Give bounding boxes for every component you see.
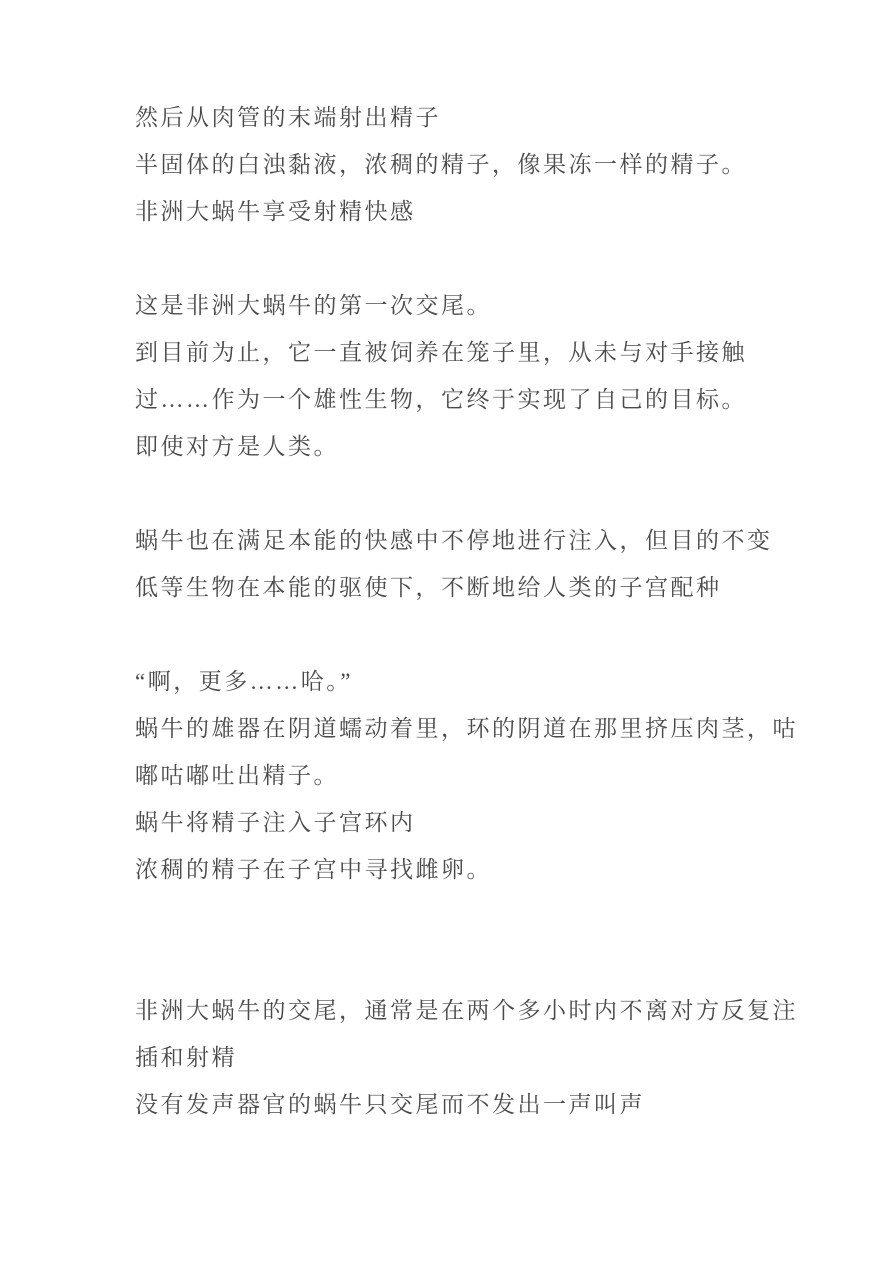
text-line: 没有发声器官的蜗牛只交尾而不发出一声叫声 [135,1081,782,1128]
text-line: 嘟咕嘟吐出精子。 [135,752,782,799]
quote-line: “啊，更多……哈。” [135,658,782,705]
text-line: 蜗牛也在满足本能的快感中不停地进行注入，但目的不变 [135,517,782,564]
paragraph-4: “啊，更多……哈。” 蜗牛的雄器在阴道蠕动着里，环的阴道在那里挤压肉茎，咕 嘟咕… [135,658,782,893]
text-line: 非洲大蜗牛的交尾，通常是在两个多小时内不离对方反复注 [135,987,782,1034]
text-line: 低等生物在本能的驱使下，不断地给人类的子宫配种 [135,564,782,611]
text-line: 插和射精 [135,1034,782,1081]
paragraph-2: 这是非洲大蜗牛的第一次交尾。 到目前为止，它一直被饲养在笼子里，从未与对手接触 … [135,282,782,470]
paragraph-3: 蜗牛也在满足本能的快感中不停地进行注入，但目的不变 低等生物在本能的驱使下，不断… [135,517,782,611]
text-line: 半固体的白浊黏液，浓稠的精子，像果冻一样的精子。 [135,141,782,188]
text-line: 然后从肉管的末端射出精子 [135,94,782,141]
paragraph-5: 非洲大蜗牛的交尾，通常是在两个多小时内不离对方反复注 插和射精 没有发声器官的蜗… [135,987,782,1128]
text-line: 这是非洲大蜗牛的第一次交尾。 [135,282,782,329]
document-page: 然后从肉管的末端射出精子 半固体的白浊黏液，浓稠的精子，像果冻一样的精子。 非洲… [0,0,892,1262]
text-line: 蜗牛将精子注入子宫环内 [135,799,782,846]
paragraph-1: 然后从肉管的末端射出精子 半固体的白浊黏液，浓稠的精子，像果冻一样的精子。 非洲… [135,94,782,235]
text-line: 蜗牛的雄器在阴道蠕动着里，环的阴道在那里挤压肉茎，咕 [135,705,782,752]
text-line: 过……作为一个雄性生物，它终于实现了自己的目标。 [135,376,782,423]
text-line: 到目前为止，它一直被饲养在笼子里，从未与对手接触 [135,329,782,376]
text-line: 即使对方是人类。 [135,423,782,470]
text-line: 浓稠的精子在子宫中寻找雌卵。 [135,846,782,893]
text-content: 然后从肉管的末端射出精子 半固体的白浊黏液，浓稠的精子，像果冻一样的精子。 非洲… [135,94,782,1128]
text-line: 非洲大蜗牛享受射精快感 [135,188,782,235]
